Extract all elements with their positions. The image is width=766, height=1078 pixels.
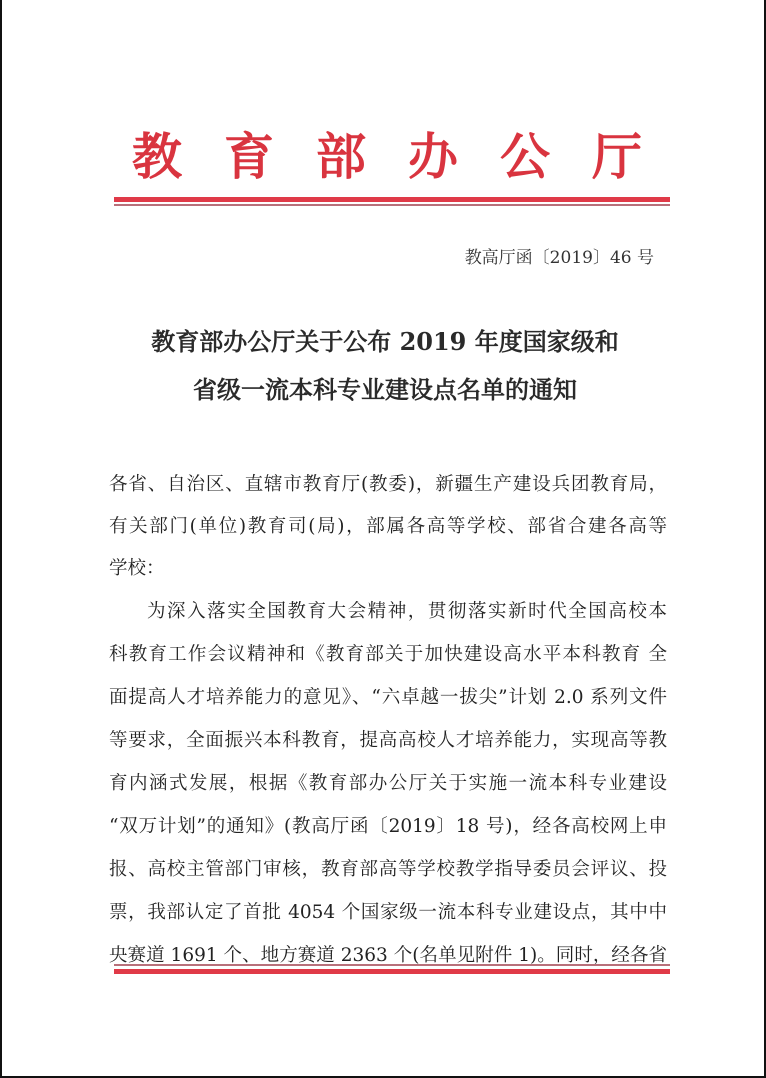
header-thin-rule xyxy=(114,204,670,206)
document-title-line-1: 教育部办公厅关于公布 2019 年度国家级和 xyxy=(2,322,766,357)
body-line: 等要求，全面振兴本科教育，提高高校人才培养能力，实现高等教 xyxy=(109,726,667,752)
body-line: 报、高校主管部门审核，教育部高等学校教学指导委员会评议、投 xyxy=(109,855,667,881)
footer-red-rule xyxy=(114,969,670,974)
masthead-char: 厅 xyxy=(592,117,642,189)
addressee-line: 有关部门(单位)教育司(局)，部属各高等学校、部省合建各高等 xyxy=(109,512,667,538)
body-line: 票，我部认定了首批 4054 个国家级一流本科专业建设点，其中中 xyxy=(109,898,667,924)
addressee-line: 各省、自治区、直辖市教育厅(教委)，新疆生产建设兵团教育局， xyxy=(109,470,667,496)
masthead-char: 办 xyxy=(408,117,458,189)
header-red-rule xyxy=(114,197,670,202)
document-number: 教高厅函〔2019〕46 号 xyxy=(465,243,654,268)
masthead-char: 育 xyxy=(224,117,274,189)
addressee-line: 学校： xyxy=(109,554,667,580)
body-line: 为深入落实全国教育大会精神，贯彻落实新时代全国高校本 xyxy=(147,597,667,623)
document-page: 教 育 部 办 公 厅 教高厅函〔2019〕46 号 教育部办公厅关于公布 20… xyxy=(0,0,766,1078)
body-line: 科教育工作会议精神和《教育部关于加快建设高水平本科教育 全 xyxy=(109,640,667,666)
document-title-line-2: 省级一流本科专业建设点名单的通知 xyxy=(2,370,766,405)
body-line: 育内涵式发展，根据《教育部办公厅关于实施一流本科专业建设 xyxy=(109,769,667,795)
masthead-char: 教 xyxy=(132,117,182,189)
body-line: “双万计划”的通知》(教高厅函〔2019〕18 号)，经各高校网上申 xyxy=(109,812,667,838)
masthead-issuer: 教 育 部 办 公 厅 xyxy=(132,118,642,188)
masthead-char: 部 xyxy=(316,117,366,189)
footer-thin-rule xyxy=(114,964,670,966)
body-line: 面提高人才培养能力的意见》、“六卓越一拔尖”计划 2.0 系列文件 xyxy=(109,683,667,709)
masthead-char: 公 xyxy=(500,117,550,189)
